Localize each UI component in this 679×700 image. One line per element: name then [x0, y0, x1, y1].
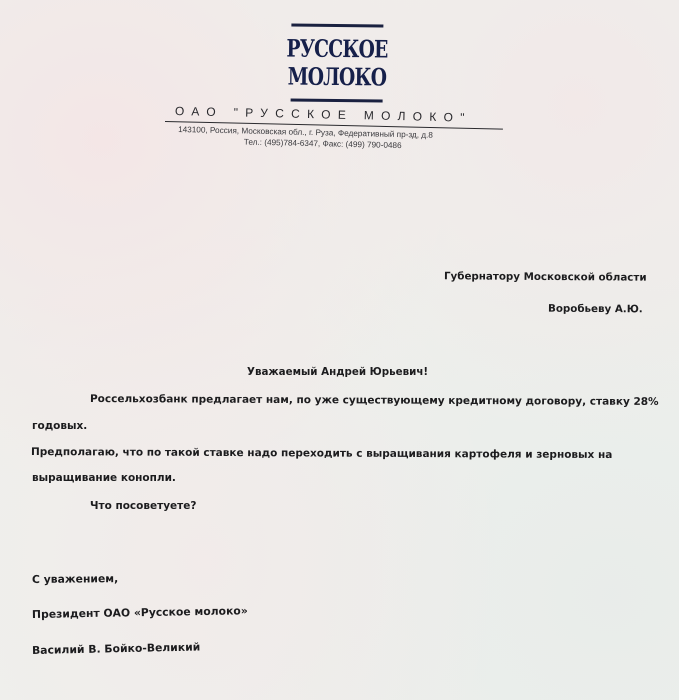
signer-name: Василий В. Бойко-Великий [32, 640, 201, 657]
logo-line-2: МОЛОКО [287, 62, 386, 91]
signer-position: Президент ОАО «Русское молоко» [32, 604, 248, 621]
paragraph-2-line-2: выращивание конопли. [32, 472, 176, 484]
salutation: Уважаемый Андрей Юрьевич! [247, 366, 428, 378]
company-logo: РУССКОЕ МОЛОКО [291, 24, 384, 103]
letter-page: РУССКОЕ МОЛОКО ОАО "РУССКОЕ МОЛОКО" 1431… [0, 0, 679, 700]
closing-question: Что посоветуете? [90, 500, 196, 512]
addressee-title: Губернатору Московской области [444, 270, 647, 283]
paragraph-1-line-1: Россельхозбанк предлагает нам, по уже су… [90, 393, 659, 408]
paragraph-2-line-1: Предполагаю, что по такой ставке надо пе… [31, 446, 612, 461]
signature-closing: С уважением, [32, 572, 118, 586]
paragraph-1-line-2: годовых. [32, 420, 87, 432]
logo-line-1: РУССКОЕ [286, 34, 388, 63]
addressee-name: Воробьеву А.Ю. [548, 303, 643, 316]
